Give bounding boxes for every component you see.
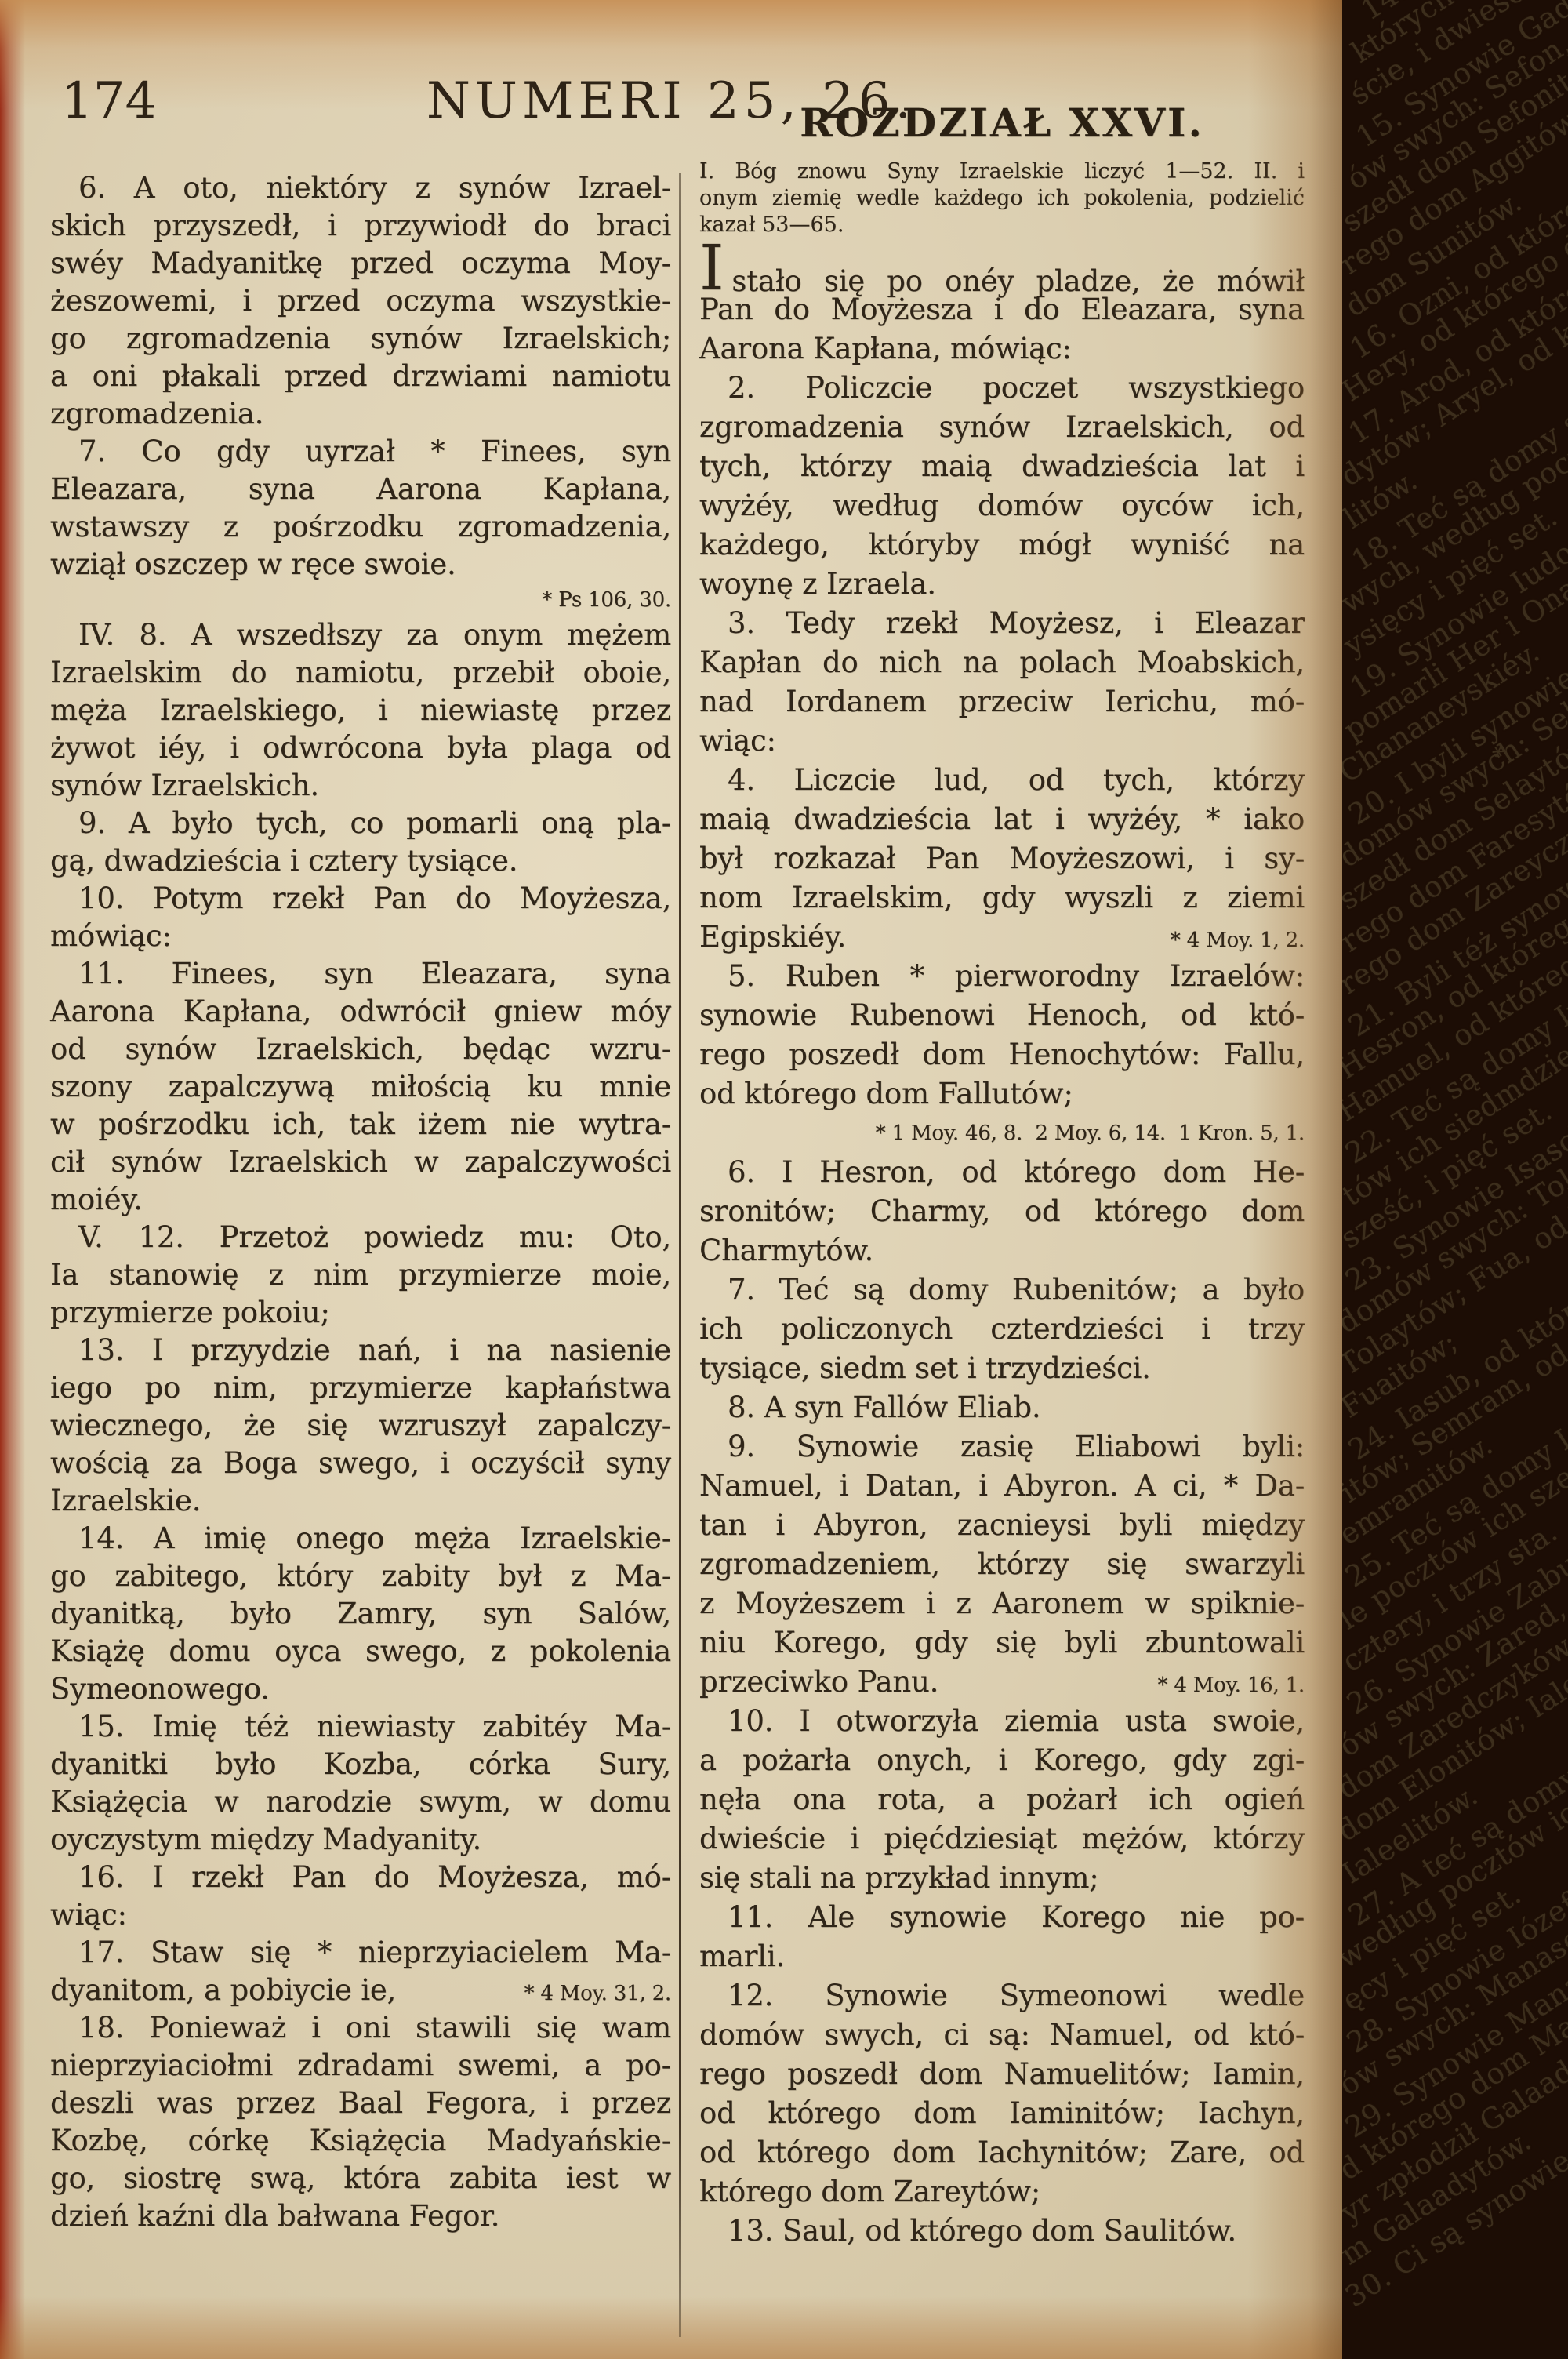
text-line: szony zapalczywą miłością ku mnie <box>50 1068 671 1106</box>
line-text: zgromadzeniem, którzy się swarzyli <box>699 1545 1305 1584</box>
text-line: wstawszy z pośrzodku zgromadzenia, <box>50 508 671 546</box>
text-line: Izraelskim do namiotu, przebił oboie, <box>50 654 671 692</box>
line-text: ich policzonych czterdzieści i trzy <box>699 1310 1305 1349</box>
line-text: tysiące, siedm set i trzydzieści. <box>699 1349 1305 1388</box>
text-line: od którego dom Iachynitów; Zare, od <box>699 2133 1305 2172</box>
text-line: cił synów Izraelskich w zapalczywości <box>50 1143 671 1181</box>
cross-reference: * Ps 106, 30. <box>529 583 671 616</box>
text-line: * Ps 106, 30. <box>50 583 671 616</box>
line-text: mówiąc: <box>50 918 671 955</box>
line-text: od którego dom Fallutów; <box>699 1074 1305 1114</box>
line-text: go, siostrę swą, która zabita iest w <box>50 2160 671 2197</box>
text-line: 11. Ale synowie Korego nie po- <box>699 1898 1305 1937</box>
text-line: gą, dwadzieścia i cztery tysiące. <box>50 842 671 880</box>
line-text: 11. Finees, syn Eleazara, syna <box>50 955 671 993</box>
text-line: 13. I przyydzie nań, i na nasienie <box>50 1332 671 1369</box>
line-text: wiecznego, że się wzruszył zapalczy- <box>50 1407 671 1445</box>
line-text: Izraelskim do namiotu, przebił oboie, <box>50 654 671 692</box>
text-line: Kozbę, córkę Książęcia Madyańskie- <box>50 2122 671 2160</box>
line-text: tych, którzy maią dwadzieścia lat i <box>699 447 1305 486</box>
line-text: wością za Boga swego, i oczyścił syny <box>50 1445 671 1482</box>
text-line: 5. Ruben * pierworodny Izraelów: <box>699 957 1305 996</box>
line-text: cił synów Izraelskich w zapalczywości <box>50 1143 671 1181</box>
book-page-photo: 174 NUMERI 25, 26. 6. A oto, niektóry z … <box>0 0 1568 2359</box>
text-line: 13. Saul, od którego dom Saulitów. <box>699 2212 1305 2251</box>
line-text: tan i Abyron, zacnieysi byli między <box>699 1506 1305 1545</box>
text-line: synowie Rubenowi Henoch, od któ- <box>699 996 1305 1035</box>
text-line: moiéy. <box>50 1181 671 1219</box>
line-text: nom Izraelskim, gdy wyszli z ziemi <box>699 878 1305 918</box>
line-text: swéy Madyanitkę przed oczyma Moy- <box>50 245 671 282</box>
text-line: nad Iordanem przeciw Ierichu, mó- <box>699 682 1305 722</box>
text-line: oyczystym między Madyanity. <box>50 1821 671 1859</box>
text-line: Kapłan do nich na polach Moabskich, <box>699 643 1305 682</box>
text-line: zgromadzenia. <box>50 395 671 433</box>
text-line: 10. Potym rzekł Pan do Moyżesza, <box>50 880 671 918</box>
line-text: Pan do Moyżesza i do Eleazara, syna <box>699 290 1305 329</box>
text-line: wiecznego, że się wzruszył zapalczy- <box>50 1407 671 1445</box>
line-text: 15. Imię téż niewiasty zabitéy Ma- <box>50 1708 671 1746</box>
line-text: wiąc: <box>50 1896 671 1934</box>
summary-line: kazał 53—65. <box>699 212 1305 238</box>
line-text: dzień kaźni dla bałwana Fegor. <box>50 2197 671 2235</box>
spine-shadow <box>1248 0 1342 2359</box>
line-text: niu Korego, gdy się byli zbuntowali <box>699 1623 1305 1663</box>
text-line: żywot iéy, i odwrócona była plaga od <box>50 729 671 767</box>
text-line: mówiąc: <box>50 918 671 955</box>
text-line: Charmytów. <box>699 1231 1305 1270</box>
line-text: 6. A oto, niektóry z synów Izrael- <box>50 169 671 207</box>
line-text: deszli was przez Baal Fegora, i przez <box>50 2085 671 2122</box>
text-line: Symeonowego. <box>50 1670 671 1708</box>
line-text: go zabitego, który zabity był z Ma- <box>50 1558 671 1595</box>
chapter-summary: I. Bóg znowu Syny Izraelskie liczyć 1—52… <box>699 158 1305 238</box>
line-text: wyżéy, według domów oyców ich, <box>699 486 1305 525</box>
line-text: 7. Teć są domy Rubenitów; a było <box>699 1270 1305 1310</box>
text-line: synów Izraelskich. <box>50 767 671 805</box>
line-text: nad Iordanem przeciw Ierichu, mó- <box>699 682 1305 722</box>
text-line: od którego dom Fallutów; <box>699 1074 1305 1114</box>
line-text: IV. 8. A wszedłszy za onym mężem <box>50 616 671 654</box>
text-line: Książę domu oyca swego, z pokolenia <box>50 1633 671 1670</box>
text-line: 12. Synowie Symeonowi wedle <box>699 1976 1305 2016</box>
line-text: Książęcia w narodzie swym, w domu <box>50 1783 671 1821</box>
text-line: Eleazara, syna Aarona Kapłana, <box>50 471 671 508</box>
line-text: przymierze pokoiu; <box>50 1294 671 1332</box>
text-line: 3. Tedy rzekł Moyżesz, i Eleazar <box>699 604 1305 643</box>
text-line: wiąc: <box>699 722 1305 761</box>
line-text: Kozbę, córkę Książęcia Madyańskie- <box>50 2122 671 2160</box>
text-line: a oni płakali przed drzwiami namiotu <box>50 358 671 395</box>
line-text: oyczystym między Madyanity. <box>50 1821 671 1859</box>
line-text: 5. Ruben * pierworodny Izraelów: <box>699 957 1305 996</box>
line-text: 10. Potym rzekł Pan do Moyżesza, <box>50 880 671 918</box>
line-text: Charmytów. <box>699 1231 1305 1270</box>
line-text: każdego, któryby mógł wyniść na <box>699 525 1305 565</box>
line-text: domów swych, ci są: Namuel, od któ- <box>699 2016 1305 2055</box>
line-text: marli. <box>699 1937 1305 1976</box>
line-text: nęła ona rota, a pożarł ich ogień <box>699 1780 1305 1819</box>
line-text: 6. I Hesron, od którego dom He- <box>699 1153 1305 1192</box>
text-line: nęła ona rota, a pożarł ich ogień <box>699 1780 1305 1819</box>
summary-line: onym ziemię wedle każdego ich pokolenia,… <box>699 185 1305 212</box>
line-text: go zgromadzenia synów Izraelskich; <box>50 320 671 358</box>
line-text: maią dwadzieścia lat i wyżéy, * iako <box>699 800 1305 839</box>
text-line: zgromadzeniem, którzy się swarzyli <box>699 1545 1305 1584</box>
text-line: dzień kaźni dla bałwana Fegor. <box>50 2197 671 2235</box>
line-text: Eleazara, syna Aarona Kapłana, <box>50 471 671 508</box>
drop-cap-initial: I <box>699 249 724 287</box>
text-line: ich policzonych czterdzieści i trzy <box>699 1310 1305 1349</box>
line-text: Symeonowego. <box>50 1670 671 1708</box>
text-line: deszli was przez Baal Fegora, i przez <box>50 2085 671 2122</box>
line-text: żywot iéy, i odwrócona była plaga od <box>50 729 671 767</box>
line-text: Aarona Kapłana, mówiąc: <box>699 329 1305 369</box>
line-text: nieprzyiaciołmi zdradami swemi, a po- <box>50 2047 671 2085</box>
text-line: wziął oszczep w ręce swoie. <box>50 546 671 583</box>
right-column-text: Istało się po onéy pladze, że mówiłPan d… <box>699 251 1305 2251</box>
line-text: 9. A było tych, co pomarli oną pla- <box>50 805 671 842</box>
text-line: tych, którzy maią dwadzieścia lat i <box>699 447 1305 486</box>
text-line: go, siostrę swą, która zabita iest w <box>50 2160 671 2197</box>
column-divider-rule <box>679 173 681 2337</box>
text-line: Aarona Kapłana, mówiąc: <box>699 329 1305 369</box>
text-line: nieprzyiaciołmi zdradami swemi, a po- <box>50 2047 671 2085</box>
line-text: dwieście i pięćdziesiąt mężów, którzy <box>699 1819 1305 1859</box>
line-text: a pożarła onych, i Korego, gdy zgi- <box>699 1741 1305 1780</box>
line-text: 13. I przyydzie nań, i na nasienie <box>50 1332 671 1369</box>
text-line: iego po nim, przymierze kapłaństwa <box>50 1369 671 1407</box>
line-text: Izraelskie. <box>50 1482 671 1520</box>
line-text: dyanitki było Kozba, córka Sury, <box>50 1746 671 1783</box>
text-line: niu Korego, gdy się byli zbuntowali <box>699 1623 1305 1663</box>
line-text: Ia stanowię z nim przymierze moie, <box>50 1256 671 1294</box>
line-text: męża Izraelskiego, i niewiastę przez <box>50 692 671 729</box>
text-line: V. 12. Przetoż powiedz mu: Oto, <box>50 1219 671 1256</box>
text-line: 16. I rzekł Pan do Moyżesza, mó- <box>50 1859 671 1896</box>
text-line: maią dwadzieścia lat i wyżéy, * iako <box>699 800 1305 839</box>
line-text: sronitów; Charmy, od którego dom <box>699 1192 1305 1231</box>
text-line: 9. A było tych, co pomarli oną pla- <box>50 805 671 842</box>
text-line: woynę z Izraela. <box>699 565 1305 604</box>
summary-line: I. Bóg znowu Syny Izraelskie liczyć 1—52… <box>699 158 1305 185</box>
line-text: a oni płakali przed drzwiami namiotu <box>50 358 671 395</box>
text-line: 8. A syn Fallów Eliab. <box>699 1388 1305 1427</box>
line-text: 3. Tedy rzekł Moyżesz, i Eleazar <box>699 604 1305 643</box>
text-line: zgromadzenia synów Izraelskich, od <box>699 408 1305 447</box>
left-column: 6. A oto, niektóry z synów Izrael-skich … <box>50 169 671 2235</box>
text-line: Istało się po onéy pladze, że mówił <box>699 251 1305 290</box>
text-line: 18. Ponieważ i oni stawili się wam <box>50 2009 671 2047</box>
line-text: iego po nim, przymierze kapłaństwa <box>50 1369 671 1407</box>
text-line: z Moyżeszem i z Aaronem w spiknie- <box>699 1584 1305 1623</box>
text-line: nom Izraelskim, gdy wyszli z ziemi <box>699 878 1305 918</box>
line-text: wiąc: <box>699 722 1305 761</box>
line-text: zgromadzenia. <box>50 395 671 433</box>
text-line: od którego dom Iaminitów; Iachyn, <box>699 2094 1305 2133</box>
text-line: się stali na przykład innym; <box>699 1859 1305 1898</box>
line-text: 2. Policzcie poczet wszystkiego <box>699 369 1305 408</box>
text-line: 6. A oto, niektóry z synów Izrael- <box>50 169 671 207</box>
text-line: Namuel, i Datan, i Abyron. A ci, * Da- <box>699 1467 1305 1506</box>
right-column: ROZDZIAŁ XXVI. I. Bóg znowu Syny Izraels… <box>699 99 1305 2251</box>
text-line: 9. Synowie zasię Eliabowi byli: <box>699 1427 1305 1467</box>
text-line: go zgromadzenia synów Izraelskich; <box>50 320 671 358</box>
text-line: w pośrzodku ich, tak iżem nie wytra- <box>50 1106 671 1143</box>
line-text: skich przyszedł, i przywiodł do braci <box>50 207 671 245</box>
text-line: Pan do Moyżesza i do Eleazara, syna <box>699 290 1305 329</box>
text-line: tan i Abyron, zacnieysi byli między <box>699 1506 1305 1545</box>
line-text: był rozkazał Pan Moyżeszowi, i sy- <box>699 839 1305 878</box>
cross-reference: * 4 Moy. 31, 2. <box>511 1975 671 2012</box>
line-text: 7. Co gdy uyrzał * Finees, syn <box>50 433 671 471</box>
text-line: 7. Teć są domy Rubenitów; a było <box>699 1270 1305 1310</box>
text-line: wyżéy, według domów oyców ich, <box>699 486 1305 525</box>
line-text: 17. Staw się * nieprzyiacielem Ma- <box>50 1934 671 1972</box>
line-text: żeszowemi, i przed oczyma wszystkie- <box>50 282 671 320</box>
text-line: 17. Staw się * nieprzyiacielem Ma- <box>50 1934 671 1972</box>
text-line: 2. Policzcie poczet wszystkiego <box>699 369 1305 408</box>
text-line: żeszowemi, i przed oczyma wszystkie- <box>50 282 671 320</box>
line-text: którego dom Zareytów; <box>699 2172 1305 2212</box>
text-line: skich przyszedł, i przywiodł do braci <box>50 207 671 245</box>
line-text: V. 12. Przetoż powiedz mu: Oto, <box>50 1219 671 1256</box>
line-text: Egipskiéy. <box>699 918 1158 957</box>
text-line: 7. Co gdy uyrzał * Finees, syn <box>50 433 671 471</box>
line-text: zgromadzenia synów Izraelskich, od <box>699 408 1305 447</box>
line-text: 9. Synowie zasię Eliabowi byli: <box>699 1427 1305 1467</box>
text-line: Izraelskie. <box>50 1482 671 1520</box>
text-line: 11. Finees, syn Eleazara, syna <box>50 955 671 993</box>
text-line: którego dom Zareytów; <box>699 2172 1305 2212</box>
line-text: dyanitką, było Zamry, syn Salów, <box>50 1595 671 1633</box>
line-text: 4. Liczcie lud, od tych, którzy <box>699 761 1305 800</box>
text-line: dyanitki było Kozba, córka Sury, <box>50 1746 671 1783</box>
line-text: Książę domu oyca swego, z pokolenia <box>50 1633 671 1670</box>
text-line: każdego, któryby mógł wyniść na <box>699 525 1305 565</box>
text-line: 6. I Hesron, od którego dom He- <box>699 1153 1305 1192</box>
line-text: od którego dom Iaminitów; Iachyn, <box>699 2094 1305 2133</box>
cross-reference: * 1 Moy. 46, 8. 2 Moy. 6, 14. 1 Kron. 5,… <box>863 1114 1305 1153</box>
text-line: przymierze pokoiu; <box>50 1294 671 1332</box>
text-line: sronitów; Charmy, od którego dom <box>699 1192 1305 1231</box>
text-line: 10. I otworzyła ziemia usta swoie, <box>699 1702 1305 1741</box>
text-line: rego poszedł dom Namuelitów; Iamin, <box>699 2055 1305 2094</box>
line-text: 18. Ponieważ i oni stawili się wam <box>50 2009 671 2047</box>
text-line: dyanitom, a pobiycie ie,* 4 Moy. 31, 2. <box>50 1972 671 2009</box>
line-text: gą, dwadzieścia i cztery tysiące. <box>50 842 671 880</box>
line-text: woynę z Izraela. <box>699 565 1305 604</box>
line-text: wziął oszczep w ręce swoie. <box>50 546 671 583</box>
line-text: szony zapalczywą miłością ku mnie <box>50 1068 671 1106</box>
text-line: rego poszedł dom Henochytów: Fallu, <box>699 1035 1305 1074</box>
text-line: 14. A imię onego męża Izraelskie- <box>50 1520 671 1558</box>
text-line: dwieście i pięćdziesiąt mężów, którzy <box>699 1819 1305 1859</box>
text-line: Aarona Kapłana, odwrócił gniew móy <box>50 993 671 1030</box>
line-text: 13. Saul, od którego dom Saulitów. <box>699 2212 1305 2251</box>
text-line: marli. <box>699 1937 1305 1976</box>
line-text: moiéy. <box>50 1181 671 1219</box>
line-text: wstawszy z pośrzodku zgromadzenia, <box>50 508 671 546</box>
line-text: 10. I otworzyła ziemia usta swoie, <box>699 1702 1305 1741</box>
line-text: się stali na przykład innym; <box>699 1859 1305 1898</box>
text-line: go zabitego, który zabity był z Ma- <box>50 1558 671 1595</box>
text-line: 4. Liczcie lud, od tych, którzy <box>699 761 1305 800</box>
line-text: od synów Izraelskich, będąc wzru- <box>50 1030 671 1068</box>
line-text: dyanitom, a pobiycie ie, <box>50 1972 511 2009</box>
text-line: męża Izraelskiego, i niewiastę przez <box>50 692 671 729</box>
line-text: synowie Rubenowi Henoch, od któ- <box>699 996 1305 1035</box>
left-page: 174 NUMERI 25, 26. 6. A oto, niektóry z … <box>0 0 1342 2359</box>
line-text: rego poszedł dom Henochytów: Fallu, <box>699 1035 1305 1074</box>
line-text: 8. A syn Fallów Eliab. <box>699 1388 1305 1427</box>
text-line: wością za Boga swego, i oczyścił syny <box>50 1445 671 1482</box>
line-text: synów Izraelskich. <box>50 767 671 805</box>
text-line: * 1 Moy. 46, 8. 2 Moy. 6, 14. 1 Kron. 5,… <box>699 1114 1305 1153</box>
text-line: tysiące, siedm set i trzydzieści. <box>699 1349 1305 1388</box>
line-text: z Moyżeszem i z Aaronem w spiknie- <box>699 1584 1305 1623</box>
text-line: Ia stanowię z nim przymierze moie, <box>50 1256 671 1294</box>
text-line: dyanitką, było Zamry, syn Salów, <box>50 1595 671 1633</box>
text-line: domów swych, ci są: Namuel, od któ- <box>699 2016 1305 2055</box>
line-text: w pośrzodku ich, tak iżem nie wytra- <box>50 1106 671 1143</box>
line-text: 11. Ale synowie Korego nie po- <box>699 1898 1305 1937</box>
line-text: 14. A imię onego męża Izraelskie- <box>50 1520 671 1558</box>
text-line: wiąc: <box>50 1896 671 1934</box>
line-text: rego poszedł dom Namuelitów; Iamin, <box>699 2055 1305 2094</box>
line-text: przeciwko Panu. <box>699 1663 1145 1702</box>
text-line: Egipskiéy.* 4 Moy. 1, 2. <box>699 918 1305 957</box>
line-text: 12. Synowie Symeonowi wedle <box>699 1976 1305 2016</box>
text-line: przeciwko Panu.* 4 Moy. 16, 1. <box>699 1663 1305 1702</box>
text-line: swéy Madyanitkę przed oczyma Moy- <box>50 245 671 282</box>
text-line: Książęcia w narodzie swym, w domu <box>50 1783 671 1821</box>
line-text: 16. I rzekł Pan do Moyżesza, mó- <box>50 1859 671 1896</box>
line-text: Kapłan do nich na polach Moabskich, <box>699 643 1305 682</box>
chapter-heading: ROZDZIAŁ XXVI. <box>699 99 1305 147</box>
text-line: był rozkazał Pan Moyżeszowi, i sy- <box>699 839 1305 878</box>
line-text: od którego dom Iachynitów; Zare, od <box>699 2133 1305 2172</box>
text-line: IV. 8. A wszedłszy za onym mężem <box>50 616 671 654</box>
next-page-edge: 14. Teć były domyktórych było dwadzieści… <box>1342 0 1568 2359</box>
line-text: Namuel, i Datan, i Abyron. A ci, * Da- <box>699 1467 1305 1506</box>
text-line: a pożarła onych, i Korego, gdy zgi- <box>699 1741 1305 1780</box>
text-line: 15. Imię téż niewiasty zabitéy Ma- <box>50 1708 671 1746</box>
text-line: od synów Izraelskich, będąc wzru- <box>50 1030 671 1068</box>
line-text: Aarona Kapłana, odwrócił gniew móy <box>50 993 671 1030</box>
